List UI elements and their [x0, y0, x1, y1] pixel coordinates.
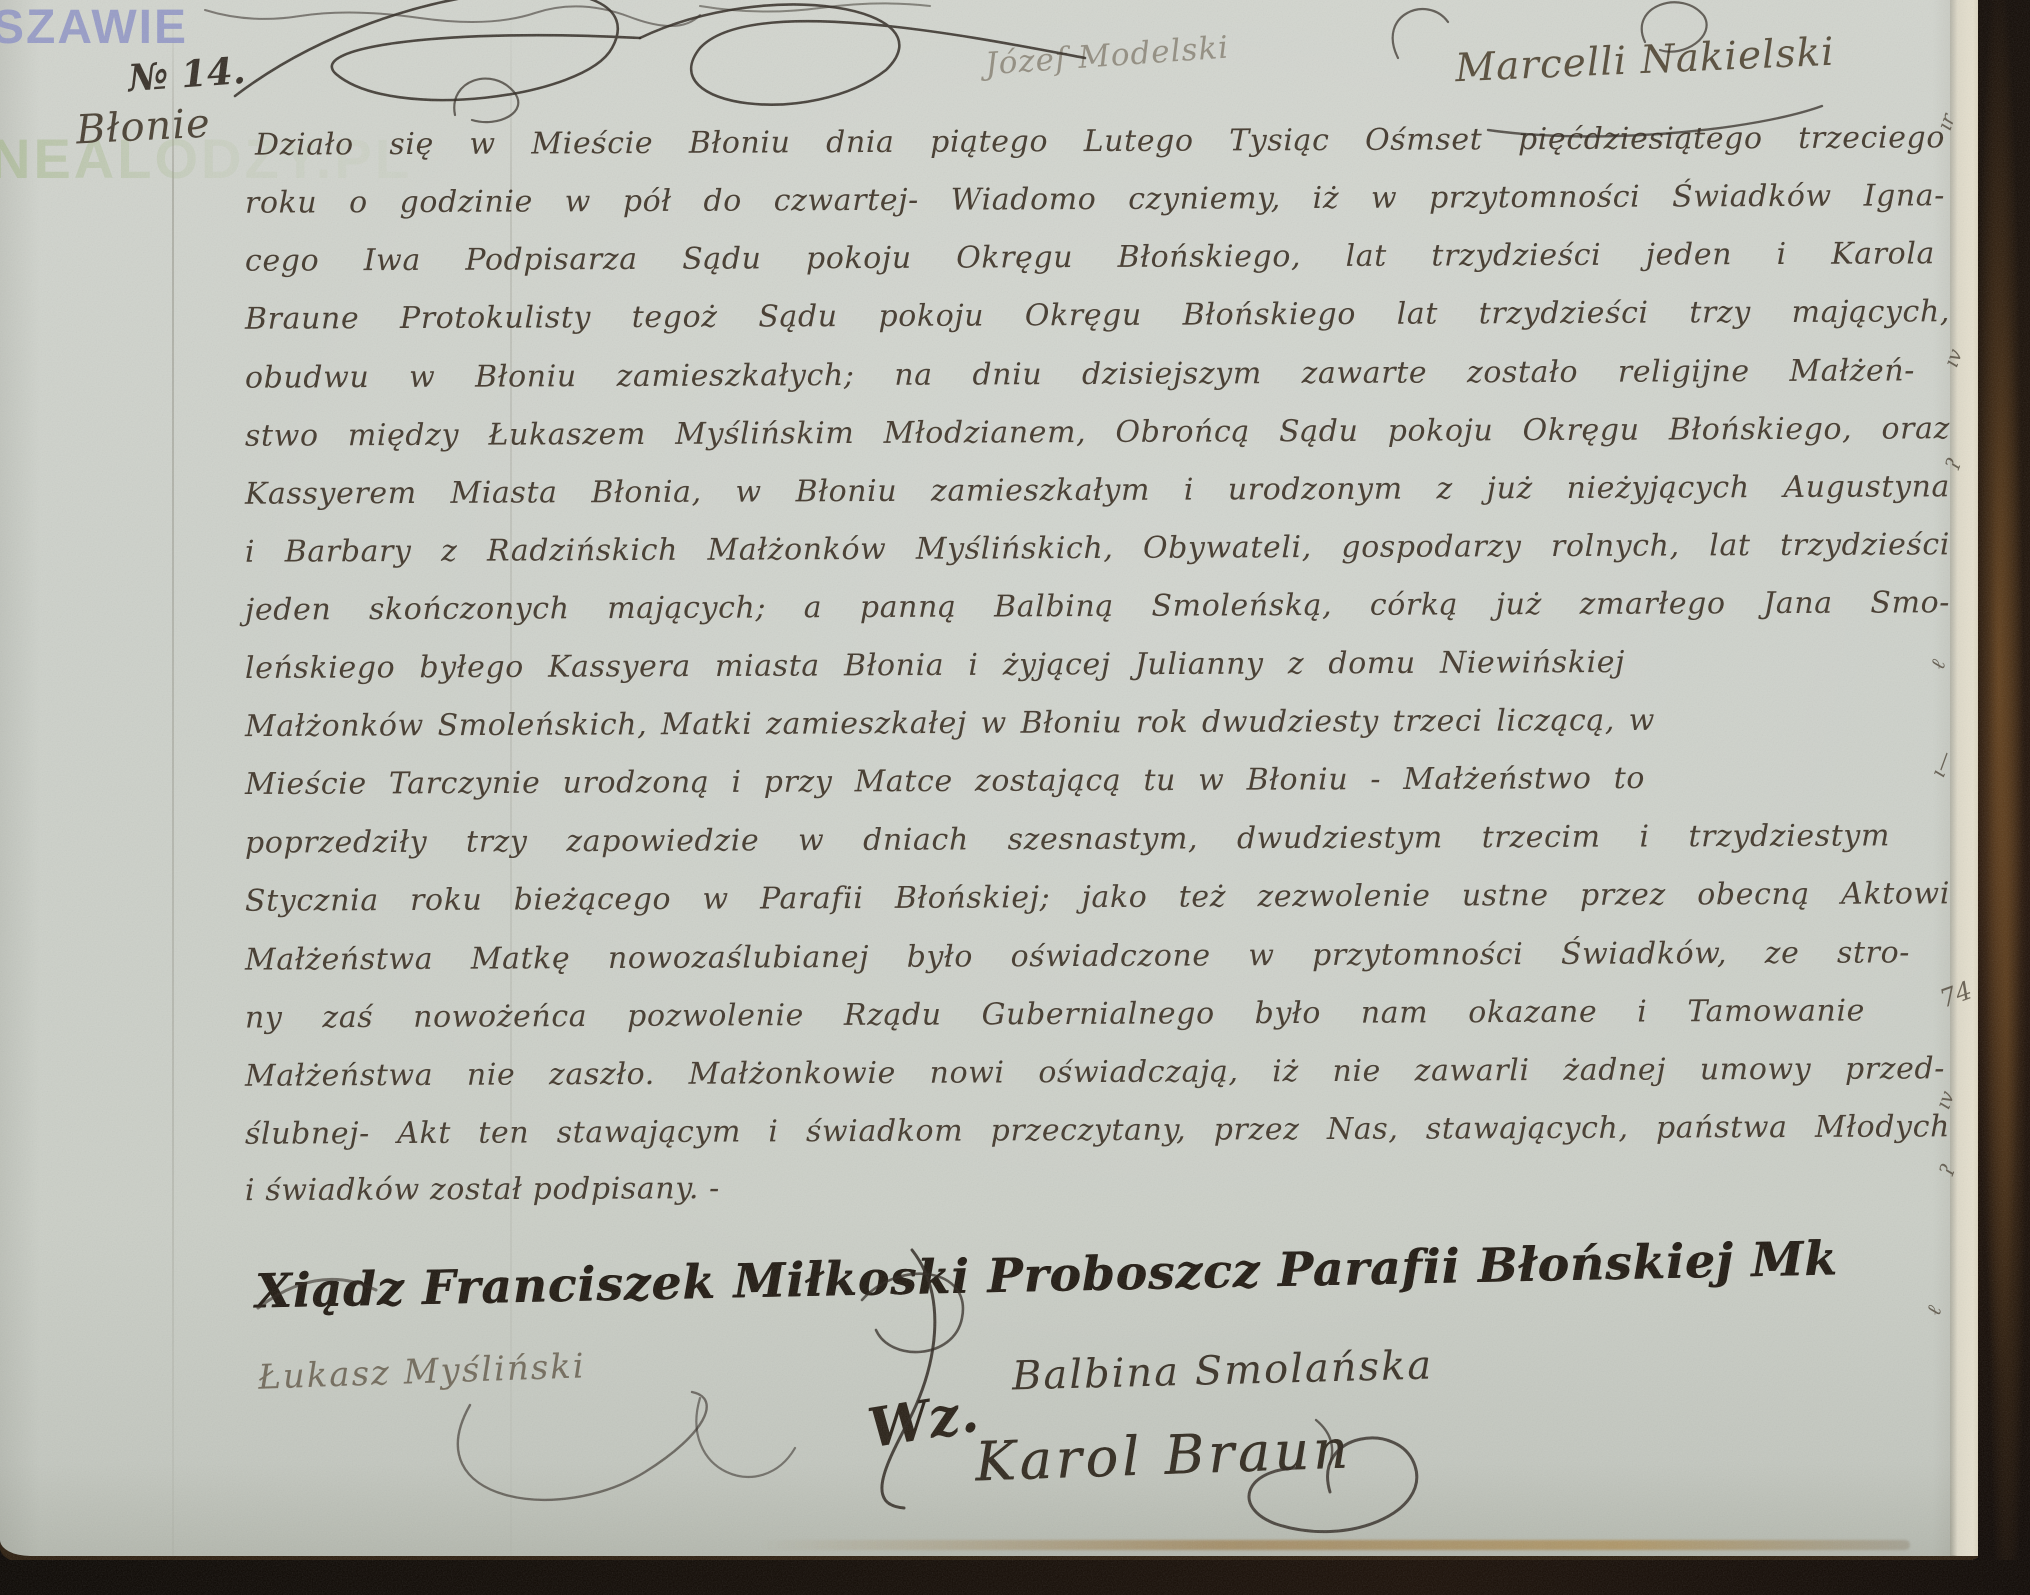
- record-line: poprzedziły trzy zapowiedzie w dniach sz…: [245, 818, 1890, 865]
- act-place-blonie: Błonie: [75, 101, 212, 154]
- book-binding-right: [1978, 0, 2030, 1595]
- record-line: Małżeństwa nie zaszło. Małżonkowie nowi …: [245, 1051, 1945, 1098]
- paper-crease-left: [172, 0, 174, 1556]
- record-line: i Barbary z Radzińskich Małżonków Myśliń…: [245, 527, 1950, 574]
- register-book-photo: SZAWIE NEALODZY.PL Józef Modelski Marcel…: [0, 0, 2030, 1595]
- record-line: cego Iwa Podpisarza Sądu pokoju Okręgu B…: [245, 236, 1935, 283]
- record-line: Kassyerem Miasta Błonia, w Błoniu zamies…: [245, 469, 1950, 516]
- watermark-warszawie: SZAWIE: [0, 0, 188, 55]
- book-binding-bottom: [0, 1560, 2030, 1595]
- record-line: Małżonków Smoleńskich, Matki zamieszkałe…: [245, 703, 1655, 749]
- record-line: stwo między Łukaszem Myślińskim Młodzian…: [245, 411, 1950, 458]
- record-line: ny zaś nowożeńca pozwolenie Rządu Gubern…: [245, 993, 1865, 1040]
- record-line: leńskiego byłego Kassyera miasta Błonia …: [245, 645, 1625, 691]
- record-line: obudwu w Błoniu zamieszkałych; na dniu d…: [245, 353, 1915, 400]
- record-line: Stycznia roku bieżącego w Parafii Błońsk…: [245, 876, 1950, 923]
- record-line: ślubnej- Akt ten stawającym i świadkom p…: [245, 1109, 1950, 1156]
- record-line: Mieście Tarczynie urodzoną i przy Matce …: [245, 761, 1645, 807]
- witness-signature: Karol Braun: [974, 1417, 1353, 1493]
- record-line: Braune Protokulisty tegoż Sądu pokoju Ok…: [245, 294, 1950, 341]
- record-line: roku o godzinie w pół do czwartej- Wiado…: [245, 178, 1945, 225]
- page-bottom-edge-highlight: [760, 1540, 1910, 1550]
- record-line: jeden skończonych mających; a panną Balb…: [245, 585, 1950, 632]
- record-line: i świadków został podpisany. -: [245, 1169, 1245, 1213]
- act-number: № 14.: [127, 48, 247, 100]
- record-line: Małżeństwa Matkę nowozaślubianej było oś…: [245, 935, 1910, 982]
- record-line: Działo się w Mieście Błoniu dnia piątego…: [255, 120, 1945, 167]
